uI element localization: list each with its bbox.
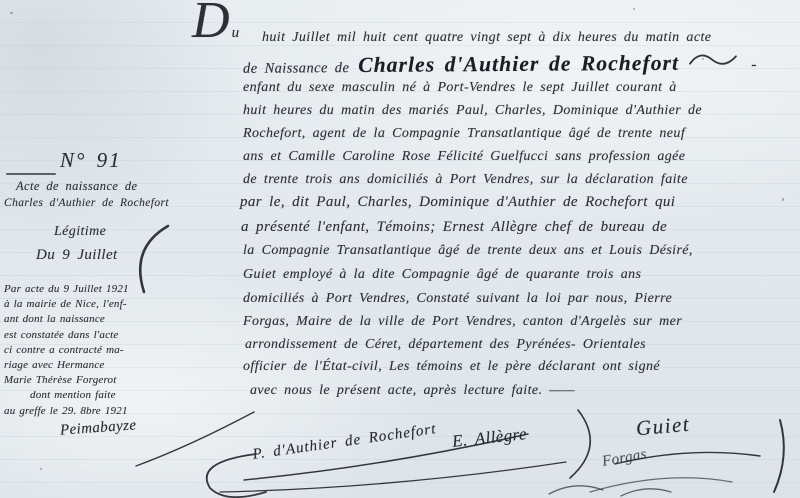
paper-speck [782,198,784,201]
mayor-signature: Forgas [601,446,648,471]
name-prefix: de Naissance de [243,60,349,78]
name-suffix-dash: - [751,56,757,74]
note-line: au greffe le 29. 8bre 1921 [4,404,210,419]
cutoff-long-underline [214,458,574,498]
margin-note-1921: Par acte du 9 Juillet 1921 à la mairie d… [4,282,210,419]
act-name-line: de Naissance de Charles d'Authier de Roc… [243,47,757,79]
act-line: la Compagnie Transatlantique âgé de tren… [243,243,693,259]
witness1-signature: E. Allègre [451,424,528,452]
mayor-signature-flourish [586,468,736,496]
paper-speck [633,8,635,10]
act-line: Forgas, Maire de la ville de Port Vendre… [243,314,682,330]
note-line: est constatée dans l'acte [4,328,210,343]
child-name: Charles d'Authier de Rochefort [358,51,679,78]
witness2-signature: Guiet [635,412,691,442]
act-line: de trente trois ans domiciliés à Port Ve… [243,172,688,188]
note-line: ant dont la naissance [4,312,210,327]
act-line: arrondissement de Céret, département des… [245,337,646,353]
paper-speck [40,468,42,470]
act-line: par le, dit Paul, Charles, Dominique d'A… [240,194,675,211]
margin-act-number: N° 91 [60,148,122,173]
note-line: à la mairie de Nice, l'enf- [4,297,210,312]
cutoff-vertical-stroke-right [766,418,794,496]
act-line-1: huit Juillet mil huit cent quatre vingt … [262,30,711,46]
note-line: riage avec Hermance [4,358,210,373]
paper-speck [702,58,704,60]
paper-speck [120,308,122,310]
father-signature: P. d'Authier de Rochefort [252,421,438,464]
act-line: Guiet employé à la dite Compagnie âgé de… [243,267,641,283]
name-swash-flourish [688,47,742,69]
note-line: dont mention faite [30,388,210,403]
cutoff-strokes-center [545,478,675,498]
margin-date: Du 9 Juillet [36,247,118,264]
act-line: a présenté l'enfant, Témoins; Ernest All… [241,219,667,236]
document-scan: Du huit Juillet mil huit cent quatre vin… [0,0,800,498]
act-line: domiciliés à Port Vendres, Constaté suiv… [243,291,672,307]
act-line: avec nous le présent acte, après lecture… [250,383,575,399]
act-line: ans et Camille Caroline Rose Félicité Gu… [243,149,685,165]
act-line: huit heures du matin des mariés Paul, Ch… [243,103,702,119]
act-opening-word: Du [192,0,239,42]
margin-caption-line1: Acte de naissance de [16,179,137,194]
witness1-swash [560,406,608,484]
note-line: ci contre a contracté ma- [4,343,210,358]
paper-speck [10,12,13,14]
margin-status: Légitime [54,224,106,240]
act-line: Rochefort, agent de la Compagnie Transat… [243,126,685,142]
margin-dash [6,173,56,175]
act-line: officier de l'État-civil, Les témoins et… [243,359,660,375]
note-line: Par acte du 9 Juillet 1921 [4,282,210,297]
clerk-signature: Peimabayze [60,417,137,439]
note-line: Marie Thérèse Forgerot [4,373,210,388]
margin-caption-line2: Charles d'Authier de Rochefort [4,197,169,209]
act-line: enfant du sexe masculin né à Port-Vendre… [243,80,677,96]
